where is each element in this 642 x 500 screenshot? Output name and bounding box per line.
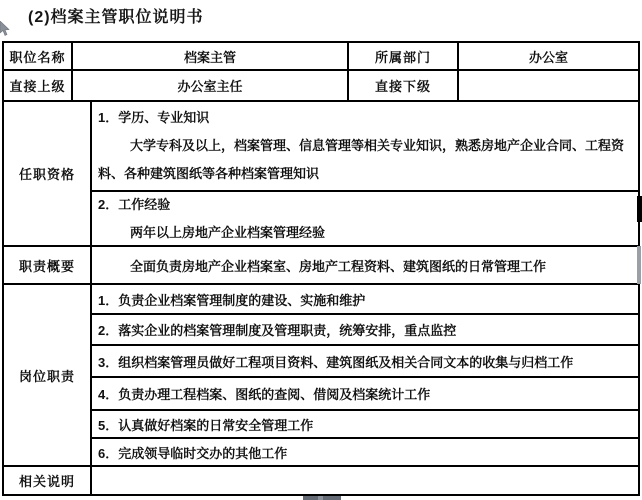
- duty-item-5: 5．认真做好档案的日常安全管理工作: [92, 409, 638, 437]
- summary-label: 职责概要: [4, 247, 90, 283]
- duty-item-3: 3．组织档案管理员做好工程项目资料、建筑图纸及相关合同文本的收集与归档工作: [92, 344, 638, 376]
- page-title: (2)档案主管职位说明书: [28, 4, 204, 27]
- notes-label: 相关说明: [4, 467, 90, 494]
- scrollbar-notch: [318, 496, 323, 500]
- duty-item-4: 4．负责办理工程档案、图纸的查阅、借阅及档案统计工作: [92, 376, 638, 409]
- qualification-row: 任职资格 1．学历、专业知识 大学专科及以上，档案管理、信息管理等相关专业知识，…: [4, 100, 638, 245]
- qualification-experience-line1: 两年以上房地产企业档案管理经验: [98, 219, 638, 247]
- duties-content: 1．负责企业档案管理制度的建设、实施和维护 2．落实企业的档案管理制度及管理职责…: [90, 285, 638, 465]
- job-description-table: 职位名称 档案主管 所属部门 办公室 直接上级 办公室主任 直接下级 任职资格 …: [2, 41, 640, 496]
- table-row: 直接上级 办公室主任 直接下级: [4, 69, 638, 100]
- duties-row: 岗位职责 1．负责企业档案管理制度的建设、实施和维护 2．落实企业的档案管理制度…: [4, 283, 638, 465]
- mouse-cursor-icon: [0, 21, 10, 37]
- position-name-label: 职位名称: [4, 43, 71, 69]
- qualification-education-heading: 1．学历、专业知识: [98, 104, 638, 132]
- summary-row: 职责概要 全面负责房地产企业档案室、房地产工程资料、建筑图纸的日常管理工作: [4, 245, 638, 283]
- department-value: 办公室: [457, 43, 638, 69]
- notes-row: 相关说明: [4, 465, 638, 494]
- qualification-experience-heading: 2．工作经验: [98, 191, 638, 219]
- duty-item-6: 6．完成领导临时交办的其他工作: [92, 437, 638, 465]
- summary-content: 全面负责房地产企业档案室、房地产工程资料、建筑图纸的日常管理工作: [90, 247, 638, 283]
- department-label: 所属部门: [347, 43, 457, 69]
- qualification-education-line2: 料、各种建筑图纸等各种档案管理知识: [98, 160, 638, 188]
- scan-artifact-black: [637, 196, 642, 222]
- position-name-value: 档案主管: [71, 43, 347, 69]
- duty-item-2: 2．落实企业的档案管理制度及管理职责，统筹安排，重点监控: [92, 313, 638, 344]
- duty-item-1: 1．负责企业档案管理制度的建设、实施和维护: [92, 285, 638, 313]
- scrollbar-thumb: [303, 496, 341, 500]
- qualification-experience: 2．工作经验 两年以上房地产企业档案管理经验: [92, 190, 638, 245]
- duties-label: 岗位职责: [4, 285, 90, 465]
- document-page: (2)档案主管职位说明书 职位名称 档案主管 所属部门 办公室 直接上级 办公室…: [0, 0, 642, 500]
- direct-superior-label: 直接上级: [4, 71, 71, 100]
- notes-content: [90, 467, 638, 494]
- qualification-education-line1: 大学专科及以上，档案管理、信息管理等相关专业知识，熟悉房地产企业合同、工程资: [98, 132, 638, 160]
- qualification-education: 1．学历、专业知识 大学专科及以上，档案管理、信息管理等相关专业知识，熟悉房地产…: [92, 102, 638, 190]
- direct-subordinate-value: [457, 71, 638, 100]
- qualification-label: 任职资格: [4, 102, 90, 245]
- direct-subordinate-label: 直接下级: [347, 71, 457, 100]
- direct-superior-value: 办公室主任: [71, 71, 347, 100]
- scan-artifact-gray: [637, 246, 641, 284]
- table-row: 职位名称 档案主管 所属部门 办公室: [4, 43, 638, 69]
- qualification-content: 1．学历、专业知识 大学专科及以上，档案管理、信息管理等相关专业知识，熟悉房地产…: [90, 102, 638, 245]
